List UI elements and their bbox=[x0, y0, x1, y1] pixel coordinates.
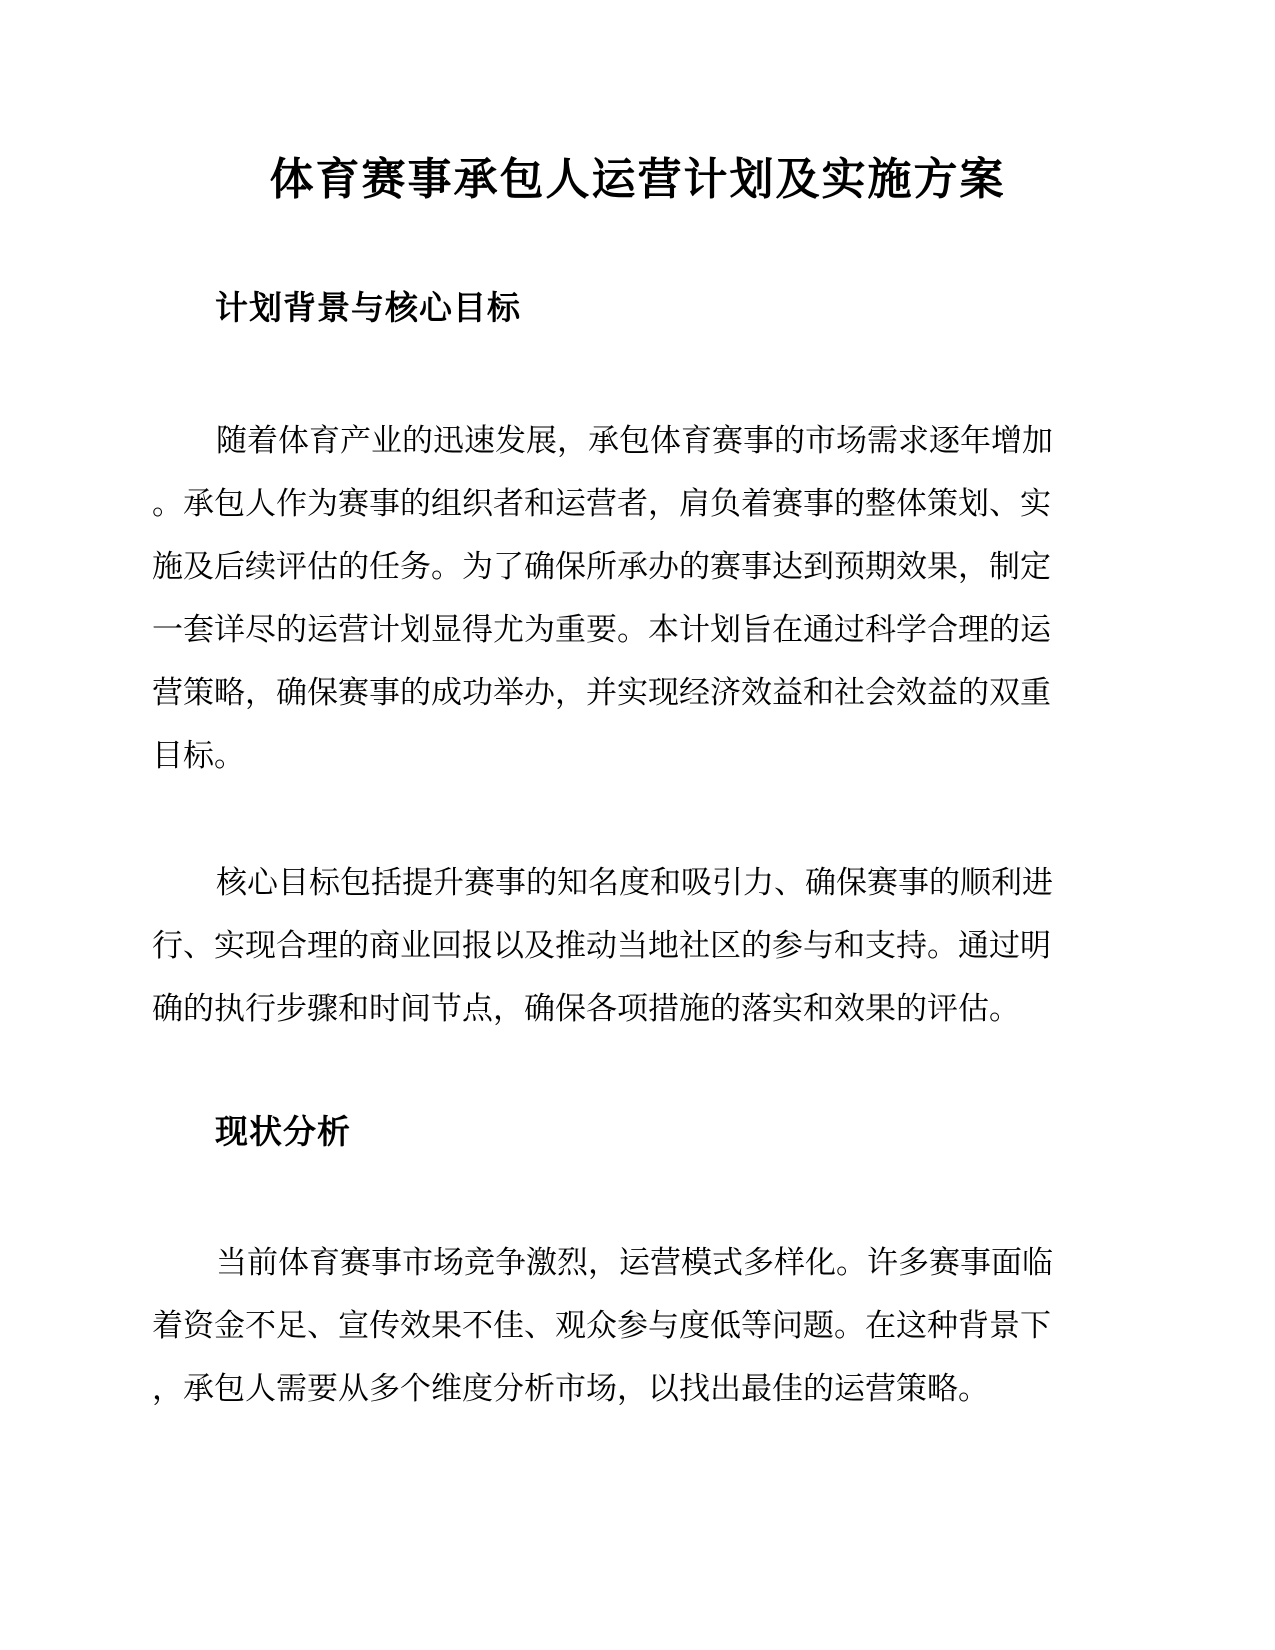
paragraph-line: 随着体育产业的迅速发展，承包体育赛事的市场需求逐年增加 bbox=[152, 410, 1112, 473]
paragraph-line: 当前体育赛事市场竞争激烈，运营模式多样化。许多赛事面临 bbox=[152, 1232, 1112, 1295]
paragraph-background: 随着体育产业的迅速发展，承包体育赛事的市场需求逐年增加 。承包人作为赛事的组织者… bbox=[152, 410, 1112, 788]
paragraph-line: 确的执行步骤和时间节点，确保各项措施的落实和效果的评估。 bbox=[152, 978, 1112, 1041]
document-title: 体育赛事承包人运营计划及实施方案 bbox=[0, 150, 1275, 210]
paragraph-line: 核心目标包括提升赛事的知名度和吸引力、确保赛事的顺利进 bbox=[152, 852, 1112, 915]
paragraph-line: 施及后续评估的任务。为了确保所承办的赛事达到预期效果，制定 bbox=[152, 536, 1112, 599]
paragraph-line: 着资金不足、宣传效果不佳、观众参与度低等问题。在这种背景下 bbox=[152, 1295, 1112, 1358]
paragraph-line: 一套详尽的运营计划显得尤为重要。本计划旨在通过科学合理的运 bbox=[152, 599, 1112, 662]
document-page: 体育赛事承包人运营计划及实施方案 计划背景与核心目标 随着体育产业的迅速发展，承… bbox=[0, 0, 1275, 1650]
paragraph-line: ，承包人需要从多个维度分析市场，以找出最佳的运营策略。 bbox=[152, 1358, 1112, 1421]
paragraph-line: 。承包人作为赛事的组织者和运营者，肩负着赛事的整体策划、实 bbox=[152, 473, 1112, 536]
paragraph-line: 目标。 bbox=[152, 725, 1112, 788]
section-heading-background-goals: 计划背景与核心目标 bbox=[215, 286, 521, 330]
section-heading-status-analysis: 现状分析 bbox=[215, 1110, 351, 1154]
paragraph-core-goals: 核心目标包括提升赛事的知名度和吸引力、确保赛事的顺利进 行、实现合理的商业回报以… bbox=[152, 852, 1112, 1041]
paragraph-line: 营策略，确保赛事的成功举办，并实现经济效益和社会效益的双重 bbox=[152, 662, 1112, 725]
paragraph-status-analysis: 当前体育赛事市场竞争激烈，运营模式多样化。许多赛事面临 着资金不足、宣传效果不佳… bbox=[152, 1232, 1112, 1421]
paragraph-line: 行、实现合理的商业回报以及推动当地社区的参与和支持。通过明 bbox=[152, 915, 1112, 978]
